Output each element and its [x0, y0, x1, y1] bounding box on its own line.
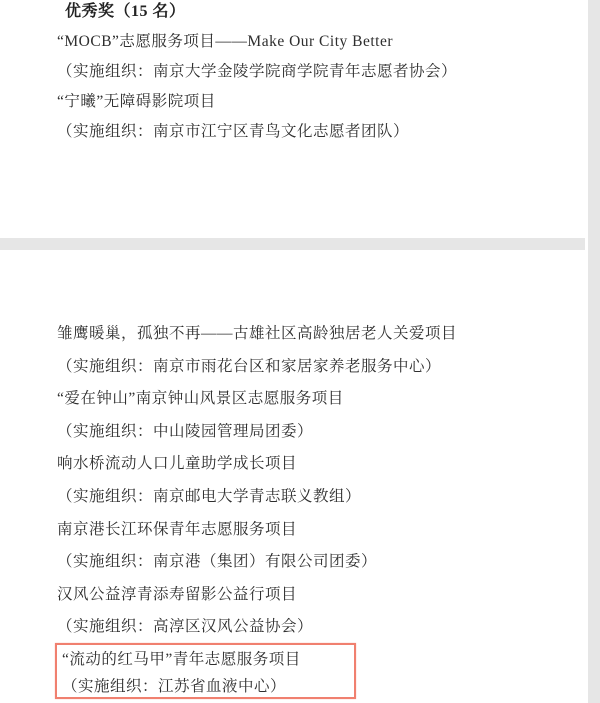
org-line: （实施组织：中山陵园管理局团委） — [57, 416, 457, 449]
project-title-line: “爱在钟山”南京钟山风景区志愿服务项目 — [57, 383, 457, 416]
org-line: （实施组织：南京港（集团）有限公司团委） — [57, 546, 457, 579]
org-line: （实施组织：南京市江宁区青鸟文化志愿者团队） — [57, 117, 457, 147]
project-title-line: “MOCB”志愿服务项目——Make Our City Better — [57, 27, 457, 57]
org-line: （实施组织：南京邮电大学青志联义教组） — [57, 481, 457, 514]
org-line: （实施组织：南京大学金陵学院商学院青年志愿者协会） — [57, 57, 457, 87]
document-page-1: 优秀奖（15 名） “MOCB”志愿服务项目——Make Our City Be… — [57, 0, 457, 147]
org-line: （实施组织：南京市雨花台区和家居家养老服务中心） — [57, 351, 457, 384]
project-title-line: 汉风公益淳青添寿留影公益行项目 — [57, 579, 457, 612]
project-title-line: “宁曦”无障碍影院项目 — [57, 87, 457, 117]
project-title-line: 响水桥流动人口儿童助学成长项目 — [57, 448, 457, 481]
award-section-title: 优秀奖（15 名） — [65, 0, 457, 27]
highlighted-project-title-line: “流动的红马甲”青年志愿服务项目 — [62, 646, 354, 673]
highlighted-org-line: （实施组织：江苏省血液中心） — [62, 673, 354, 700]
red-highlight-box: “流动的红马甲”青年志愿服务项目 （实施组织：江苏省血液中心） — [55, 643, 356, 699]
viewer-background-strip — [588, 0, 600, 703]
page-break-gap — [0, 238, 585, 250]
document-page-2: 雏鹰暖巢，孤独不再——古雄社区高龄独居老人关爱项目 （实施组织：南京市雨花台区和… — [57, 318, 457, 644]
project-title-line: 南京港长江环保青年志愿服务项目 — [57, 514, 457, 547]
document-viewer: 优秀奖（15 名） “MOCB”志愿服务项目——Make Our City Be… — [0, 0, 600, 703]
org-line: （实施组织：高淳区汉风公益协会） — [57, 611, 457, 644]
project-title-line: 雏鹰暖巢，孤独不再——古雄社区高龄独居老人关爱项目 — [57, 318, 457, 351]
